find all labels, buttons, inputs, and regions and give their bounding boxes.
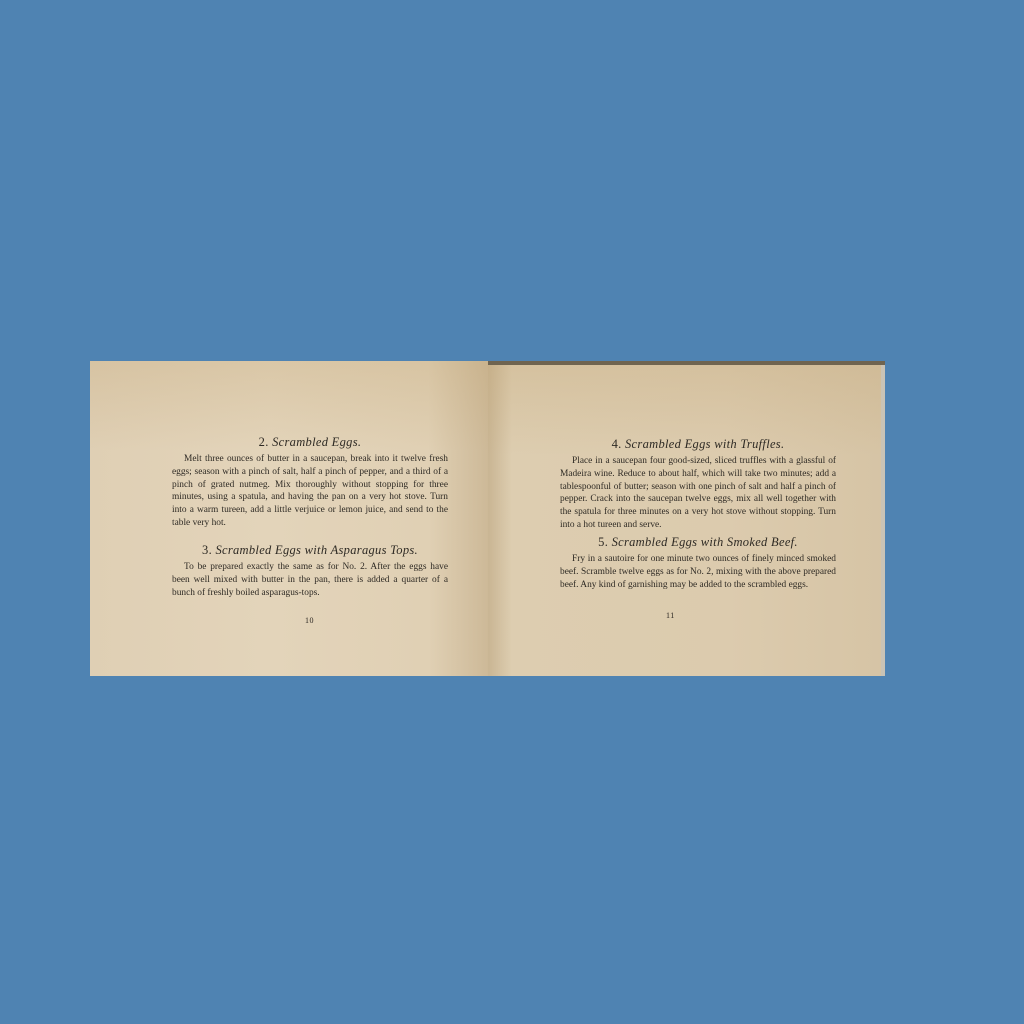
recipe-4: 4. Scrambled Eggs with Truffles. Place i… <box>560 437 836 532</box>
right-page: 4. Scrambled Eggs with Truffles. Place i… <box>488 361 885 676</box>
recipe-body: Place in a saucepan four good-sized, sli… <box>560 455 836 532</box>
recipe-body: To be prepared exactly the same as for N… <box>172 561 448 599</box>
recipe-title: 4. Scrambled Eggs with Truffles. <box>560 437 836 452</box>
recipe-number: 4. <box>612 437 622 451</box>
recipe-3: 3. Scrambled Eggs with Asparagus Tops. T… <box>172 543 448 599</box>
open-book: 2. Scrambled Eggs. Melt three ounces of … <box>90 361 885 676</box>
recipe-body: Melt three ounces of butter in a saucepa… <box>172 453 448 530</box>
page-number: 10 <box>305 616 314 625</box>
recipe-title-text: Scrambled Eggs with Asparagus Tops. <box>215 543 418 557</box>
left-page: 2. Scrambled Eggs. Melt three ounces of … <box>90 361 488 676</box>
recipe-number: 2. <box>259 435 269 449</box>
recipe-title: 3. Scrambled Eggs with Asparagus Tops. <box>172 543 448 558</box>
recipe-number: 5. <box>598 535 608 549</box>
page-number: 11 <box>666 611 675 620</box>
recipe-title-text: Scrambled Eggs with Truffles. <box>625 437 784 451</box>
recipe-title: 2. Scrambled Eggs. <box>172 435 448 450</box>
recipe-body: Fry in a sautoire for one minute two oun… <box>560 553 836 591</box>
recipe-number: 3. <box>202 543 212 557</box>
recipe-title-text: Scrambled Eggs. <box>272 435 361 449</box>
recipe-5: 5. Scrambled Eggs with Smoked Beef. Fry … <box>560 535 836 591</box>
recipe-title: 5. Scrambled Eggs with Smoked Beef. <box>560 535 836 550</box>
recipe-title-text: Scrambled Eggs with Smoked Beef. <box>612 535 798 549</box>
recipe-2: 2. Scrambled Eggs. Melt three ounces of … <box>172 435 448 530</box>
